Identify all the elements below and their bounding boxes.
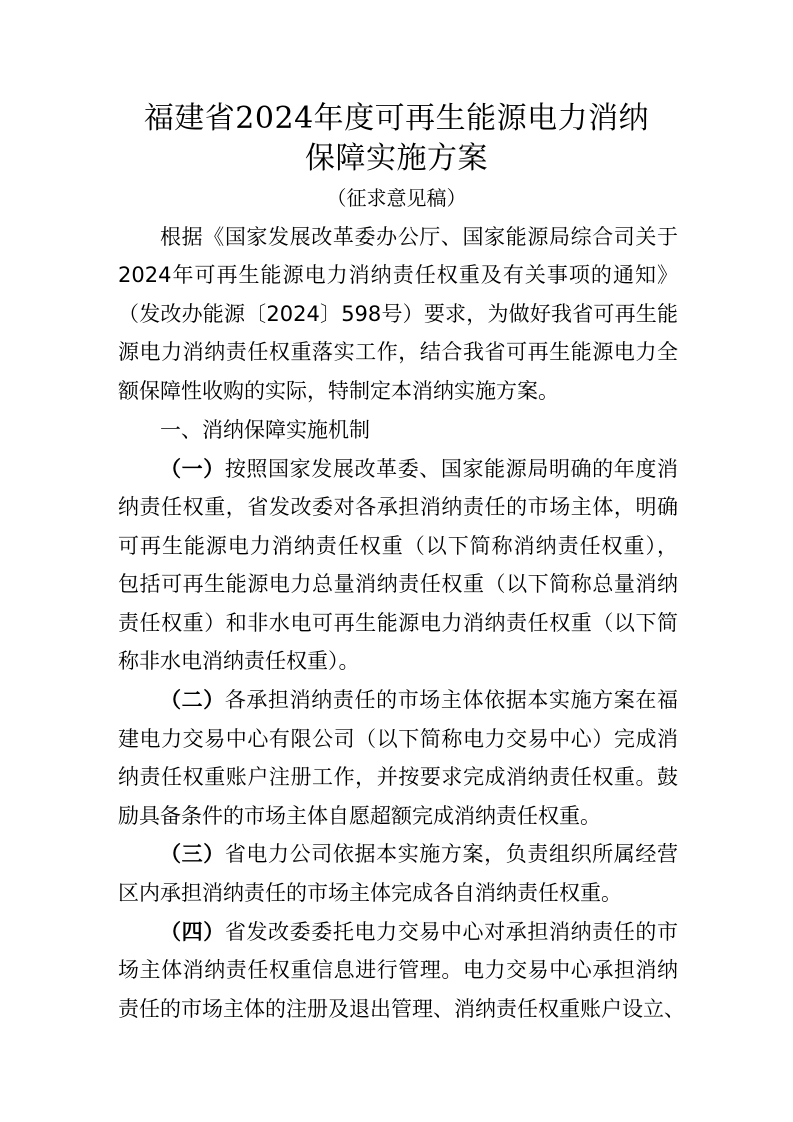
item-number: （一） bbox=[160, 457, 225, 481]
text-line: 纳责任权重，省发改委对各承担消纳责任的市场主体，明确 bbox=[118, 492, 678, 522]
text-line: 额保障性收购的实际，特制定本消纳实施方案。 bbox=[118, 376, 678, 406]
document-title-line-2: 保障实施方案 bbox=[0, 139, 793, 179]
document-title-line-1: 福建省2024年度可再生能源电力消纳 bbox=[0, 99, 793, 139]
text-line: 包括可再生能源电力总量消纳责任权重（以下简称总量消纳 bbox=[118, 569, 678, 599]
text-line: 根据《国家发展改革委办公厅、国家能源局综合司关于 bbox=[160, 222, 678, 252]
text-line: 场主体消纳责任权重信息进行管理。电力交易中心承担消纳 bbox=[118, 955, 678, 985]
text-line: 纳责任权重账户注册工作，并按要求完成消纳责任权重。鼓 bbox=[118, 762, 678, 792]
text-line: （四）省发改委委托电力交易中心对承担消纳责任的市 bbox=[160, 917, 678, 947]
text-line: 2024年可再生能源电力消纳责任权重及有关事项的通知》 bbox=[118, 260, 678, 290]
item-number: （三） bbox=[160, 842, 225, 866]
text-line: （三）省电力公司依据本实施方案，负责组织所属经营 bbox=[160, 839, 678, 869]
text-line: 责任的市场主体的注册及退出管理、消纳责任权重账户设立、 bbox=[118, 994, 678, 1024]
text-line: 区内承担消纳责任的市场主体完成各自消纳责任权重。 bbox=[118, 878, 678, 908]
text-line: 可再生能源电力消纳责任权重（以下简称消纳责任权重）， bbox=[118, 531, 678, 561]
line-text: 按照国家发展改革委、国家能源局明确的年度消 bbox=[225, 457, 678, 481]
item-number: （二） bbox=[160, 688, 225, 712]
text-line: 源电力消纳责任权重落实工作，结合我省可再生能源电力全 bbox=[118, 337, 678, 367]
text-line: 责任权重）和非水电可再生能源电力消纳责任权重（以下简 bbox=[118, 608, 678, 638]
line-text: 省电力公司依据本实施方案，负责组织所属经营 bbox=[225, 842, 678, 866]
text-line: （一）按照国家发展改革委、国家能源局明确的年度消 bbox=[160, 454, 678, 484]
text-line: （发改办能源〔2024〕598号）要求，为做好我省可再生能 bbox=[118, 299, 678, 329]
document-page: 福建省2024年度可再生能源电力消纳 保障实施方案 （征求意见稿） 根据《国家发… bbox=[0, 0, 793, 1122]
document-subtitle: （征求意见稿） bbox=[0, 184, 793, 212]
text-line: （二）各承担消纳责任的市场主体依据本实施方案在福 bbox=[160, 685, 678, 715]
section-heading: 一、消纳保障实施机制 bbox=[160, 415, 678, 445]
line-text: 各承担消纳责任的市场主体依据本实施方案在福 bbox=[225, 688, 678, 712]
item-number: （四） bbox=[160, 920, 225, 944]
text-line: 励具备条件的市场主体自愿超额完成消纳责任权重。 bbox=[118, 801, 678, 831]
line-text: 省发改委委托电力交易中心对承担消纳责任的市 bbox=[225, 920, 678, 944]
text-line: 建电力交易中心有限公司（以下简称电力交易中心）完成消 bbox=[118, 724, 678, 754]
text-line: 称非水电消纳责任权重）。 bbox=[118, 646, 678, 676]
